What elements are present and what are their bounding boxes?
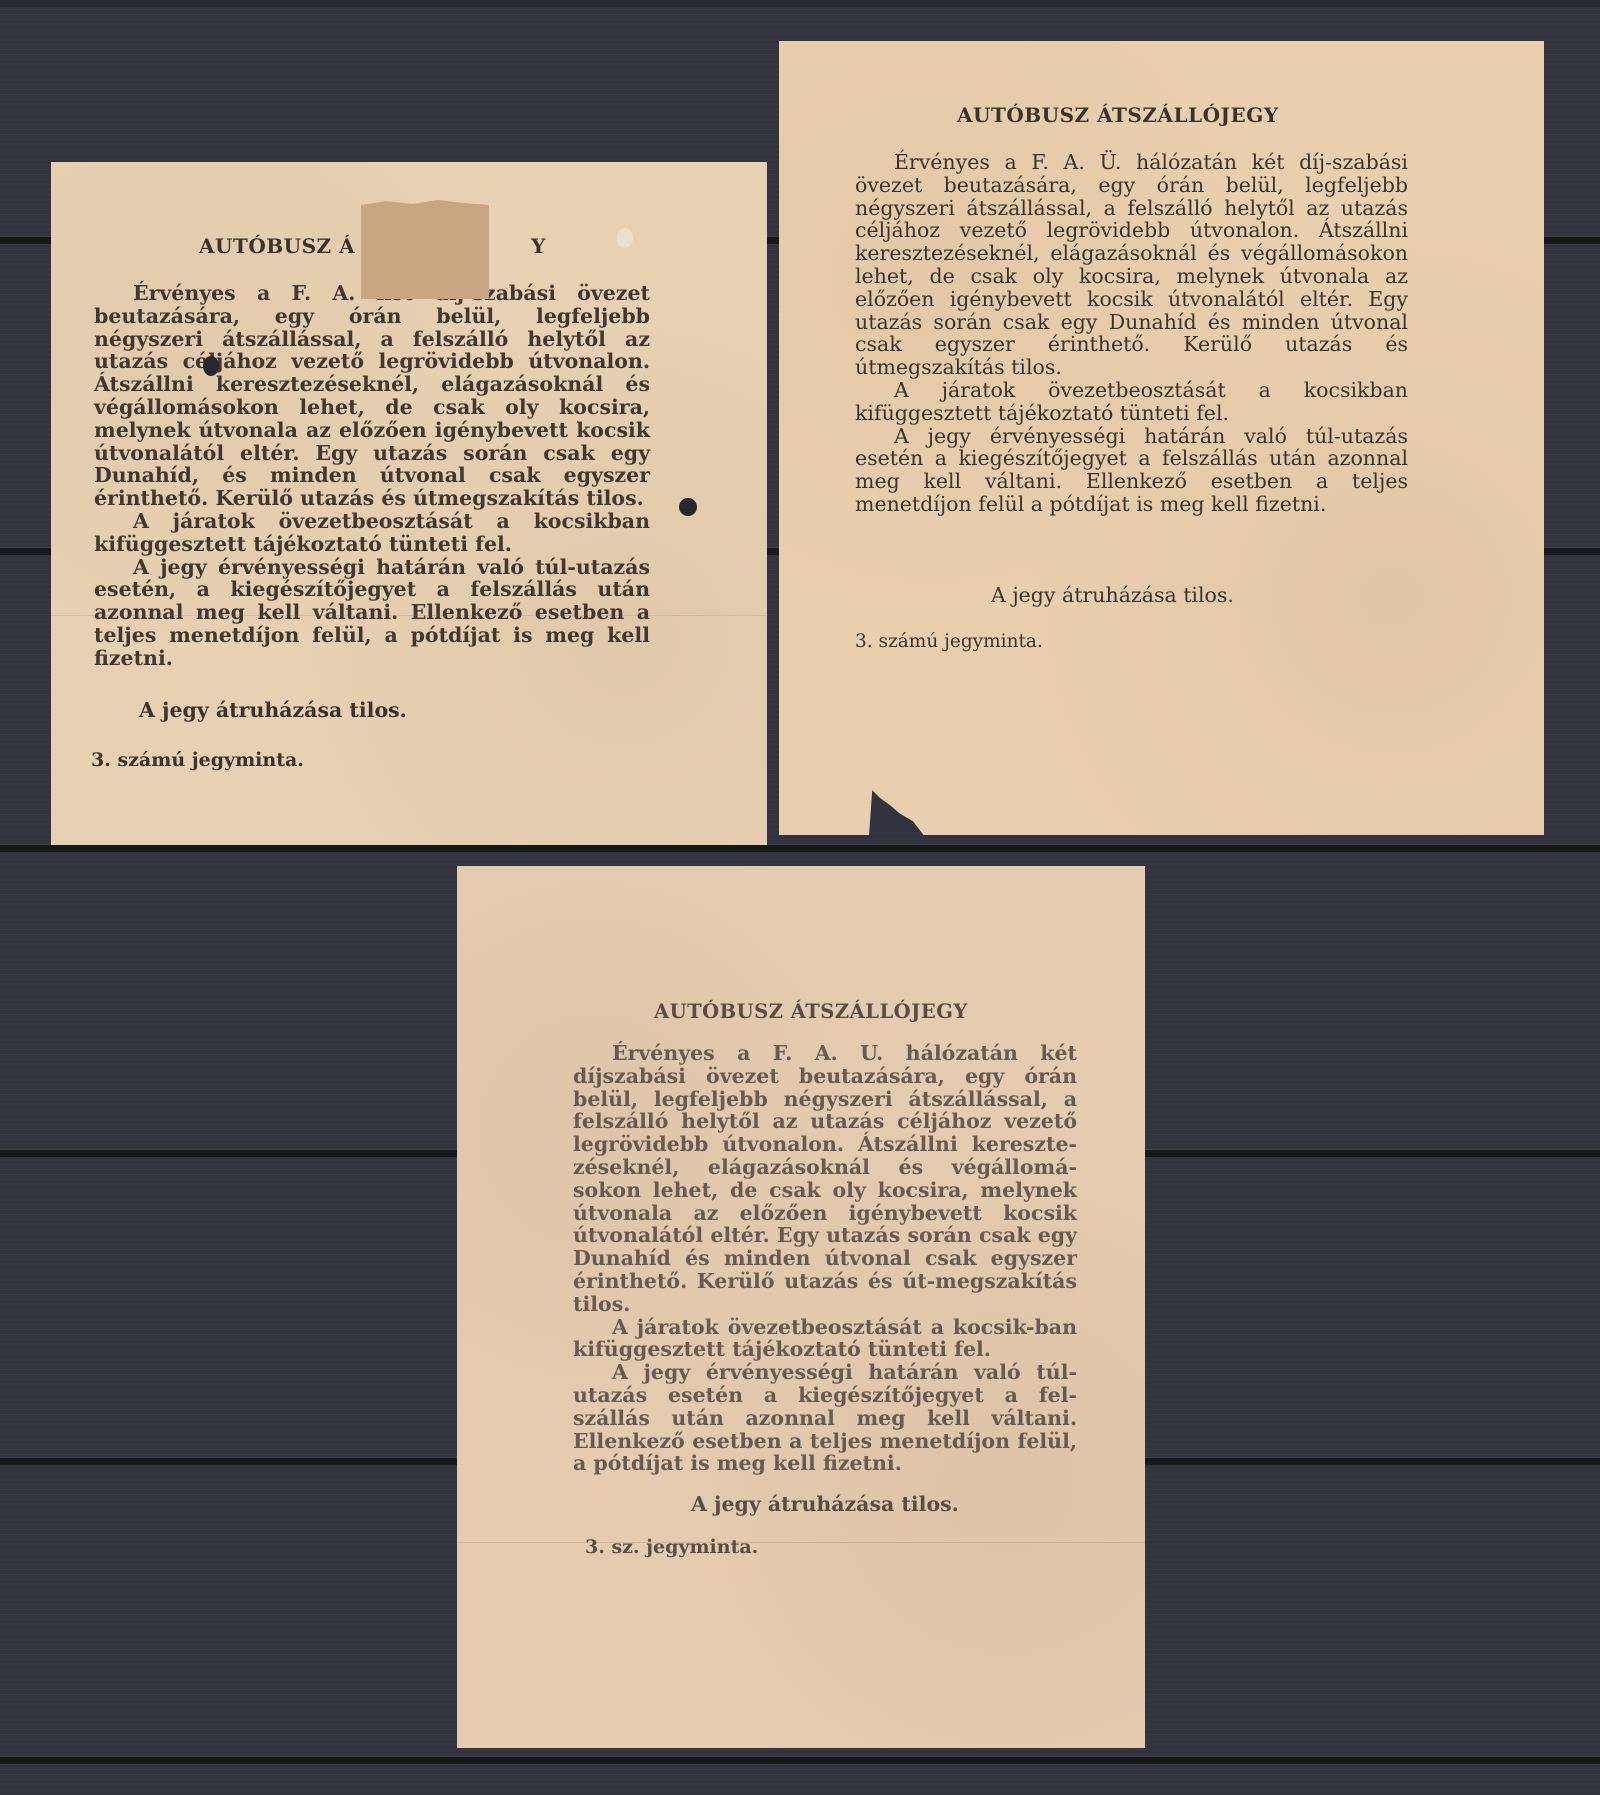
terms-paragraph-zones: A járatok övezetbeosztását a kocsik-ban … (573, 1316, 1077, 1362)
ticket-terms: Érvényes a F. A. Ü. hálózatán két díj-sz… (855, 151, 1408, 516)
ticket-right-top: AUTÓBUSZ ÁTSZÁLLÓJEGY Érvényes a F. A. Ü… (779, 41, 1544, 835)
specimen-number: 3. számú jegyminta. (855, 631, 1043, 652)
fold-line (51, 615, 767, 616)
terms-paragraph-surcharge: A jegy érvényességi határán való túl-uta… (94, 556, 650, 670)
ticket-left-top: AUTÓBUSZ ÁY Érvényes a F. A. két díj-sza… (51, 162, 767, 845)
torn-corner (859, 785, 925, 837)
specimen-number: 3. sz. jegyminta. (585, 1536, 758, 1558)
ticket-bottom: AUTÓBUSZ ÁTSZÁLLÓJEGY Érvényes a F. A. U… (457, 866, 1145, 1748)
transfer-note: A jegy átruházása tilos. (991, 583, 1234, 607)
ticket-title: AUTÓBUSZ ÁTSZÁLLÓJEGY (654, 1000, 968, 1023)
ticket-terms: Érvényes a F. A. két díj-szabási övezet … (94, 282, 650, 670)
album-strip (0, 845, 1600, 852)
transfer-note: A jegy átruházása tilos. (691, 1492, 959, 1516)
punch-hole (203, 356, 219, 376)
terms-paragraph-validity: Érvényes a F. A. U. hálózatán két díjsza… (573, 1042, 1077, 1316)
album-strip (0, 0, 1600, 7)
terms-paragraph-validity: Érvényes a F. A. Ü. hálózatán két díj-sz… (855, 151, 1408, 379)
fold-line (457, 1542, 1145, 1543)
specimen-number: 3. számú jegyminta. (91, 749, 304, 771)
terms-paragraph-surcharge: A jegy érvényességi határán való túl-uta… (855, 425, 1408, 516)
album-strip (0, 1757, 1600, 1764)
terms-paragraph-surcharge: A jegy érvényességi határán való túl-uta… (573, 1361, 1077, 1475)
paper-patch (361, 199, 489, 299)
emboss-mark (617, 228, 633, 248)
terms-paragraph-validity: Érvényes a F. A. két díj-szabási övezet … (94, 282, 650, 510)
ticket-title: AUTÓBUSZ ÁTSZÁLLÓJEGY (957, 103, 1279, 127)
terms-paragraph-zones: A járatok övezetbeosztását a kocsikban k… (855, 379, 1408, 425)
punch-hole (679, 498, 697, 516)
terms-paragraph-zones: A járatok övezetbeosztását a kocsikban k… (94, 510, 650, 556)
transfer-note: A jegy átruházása tilos. (139, 698, 407, 722)
ticket-terms: Érvényes a F. A. U. hálózatán két díjsza… (573, 1042, 1077, 1475)
